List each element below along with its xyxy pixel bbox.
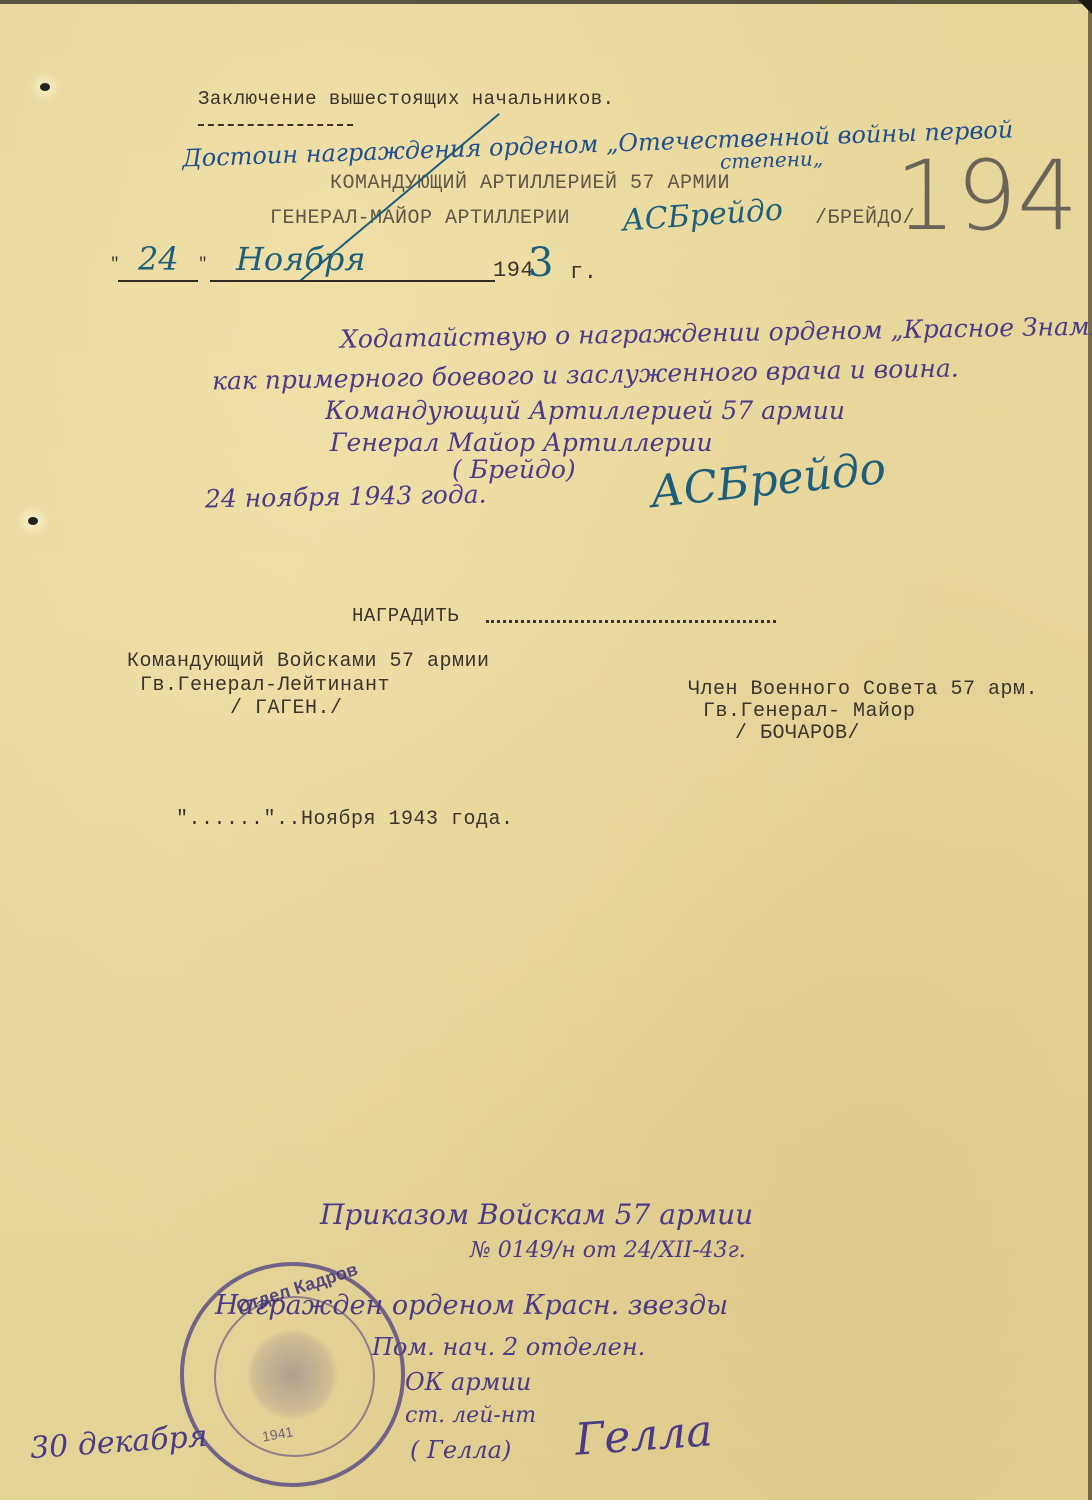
left-signer-name: / ГАГЕН./ (230, 697, 343, 720)
conclusion-handwritten-line2: степени„ (720, 146, 824, 174)
soviet-emblem-icon (246, 1328, 339, 1421)
award-heading: НАГРАДИТЬ (352, 605, 459, 627)
gella-signature: Гелла (573, 1405, 714, 1465)
award-dots (486, 620, 776, 623)
conclusion-heading: Заключение вышестоящих начальников. (198, 88, 615, 110)
quote-close: " (198, 255, 208, 273)
order-line5: ОК армии (405, 1368, 531, 1396)
order-line2: № 0149/н от 24/XII-43г. (470, 1238, 746, 1263)
order-line7: ( Гелла) (410, 1436, 511, 1464)
scan-corner (1078, 0, 1092, 14)
date-month: Ноября (236, 240, 366, 278)
order-line6: ст. лей-нт (405, 1403, 536, 1428)
official-stamp-icon: Отдел Кадров 1941 (180, 1262, 405, 1487)
right-signer-name: / БОЧАРОВ/ (735, 722, 860, 745)
date-suffix: г. (570, 260, 597, 285)
order-date: 30 декабря (29, 1419, 209, 1466)
order-line4: Пом. нач. 2 отделен. (372, 1333, 645, 1361)
left-signer-title1: Командующий Войсками 57 армии (127, 650, 490, 673)
right-signer-title1: Член Военного Совета 57 арм. (688, 678, 1038, 701)
heading-underline (198, 124, 353, 126)
date-year-hand: 3 (528, 240, 553, 286)
month-underline (210, 280, 495, 282)
scan-edge-top (0, 0, 1092, 4)
breido-signature: АСБрейдо (621, 192, 784, 238)
petition-date: 24 ноября 1943 года. (205, 480, 487, 514)
archive-number: 194 (895, 140, 1078, 252)
right-signer-title2: Гв.Генерал- Майор (703, 700, 916, 723)
petition-line1: Ходатайствую о награждении орденом „Крас… (340, 311, 1092, 354)
day-underline (118, 280, 198, 282)
punch-hole-icon (40, 83, 50, 91)
order-line1: Приказом Войскам 57 армии (320, 1198, 753, 1231)
petition-line2: как примерного боевого и заслуженного вр… (212, 353, 959, 395)
date-day: 24 (138, 240, 179, 278)
award-date-line: "......"..Ноября 1943 года. (176, 808, 514, 831)
quote-open: " (110, 255, 120, 273)
petition-line4: Генерал Майор Артиллерии (330, 428, 713, 457)
signer-title-line2: ГЕНЕРАЛ-МАЙОР АРТИЛЛЕРИИ (270, 207, 570, 230)
scan-edge-right (1088, 0, 1092, 1500)
signer-title-line1: КОМАНДУЮЩИЙ АРТИЛЛЕРИЕЙ 57 АРМИИ (330, 172, 730, 195)
left-signer-title2: Гв.Генерал-Лейтинант (140, 674, 390, 697)
petition-line3: Командующий Артиллерией 57 армии (325, 396, 845, 425)
punch-hole-icon (28, 517, 38, 525)
document-page: Заключение вышестоящих начальников. Дост… (0, 0, 1092, 1500)
